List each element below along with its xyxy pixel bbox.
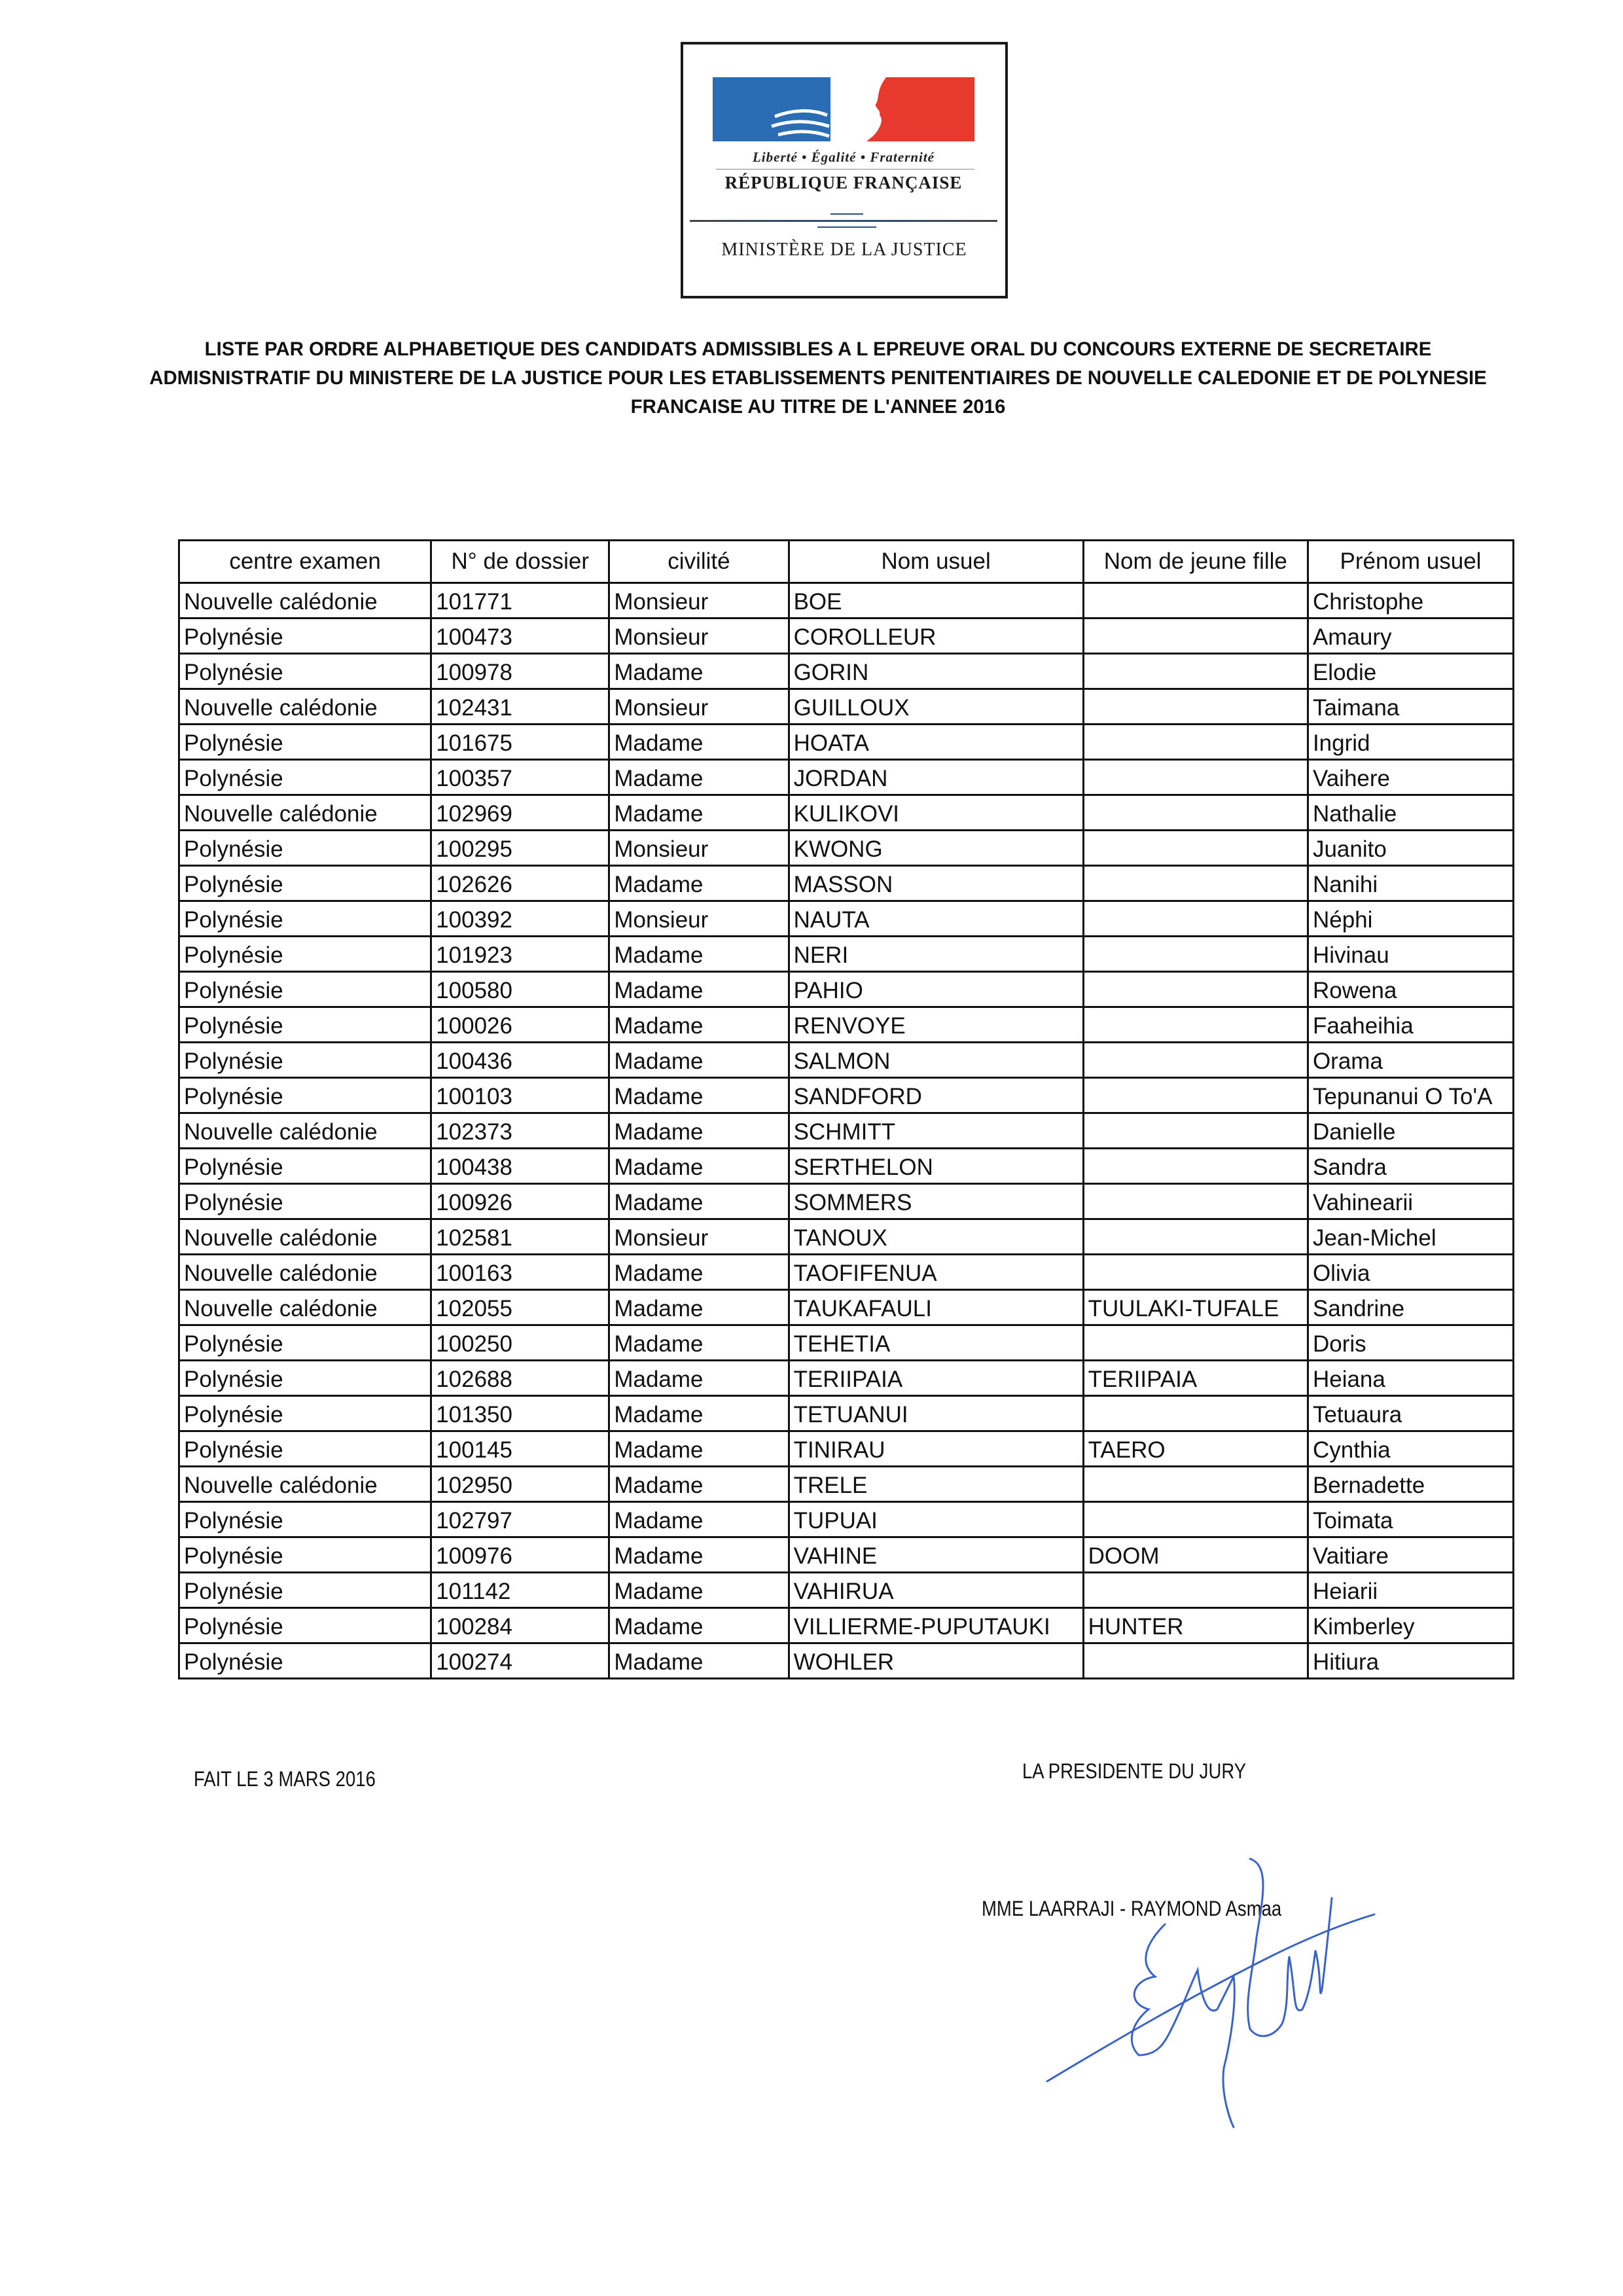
cell-centre-examen: Polynésie: [179, 1078, 431, 1113]
cell-nom-jeune-fille: [1083, 725, 1308, 760]
cell-dossier-number: 102797: [431, 1502, 609, 1537]
cell-dossier-number: 102055: [431, 1290, 609, 1325]
cell-civilite: Madame: [609, 1149, 789, 1184]
cell-prenom-usuel: Kimberley: [1308, 1608, 1513, 1643]
cell-civilite: Madame: [609, 1643, 789, 1679]
cell-centre-examen: Polynésie: [179, 1396, 431, 1431]
column-header-prenom: Prénom usuel: [1308, 541, 1513, 583]
table-row: Polynésie101923MadameNERIHivinau: [179, 937, 1514, 972]
cell-nom-usuel: SANDFORD: [789, 1078, 1083, 1113]
cell-centre-examen: Polynésie: [179, 831, 431, 866]
cell-dossier-number: 101923: [431, 937, 609, 972]
table-row: Nouvelle calédonie102581MonsieurTANOUXJe…: [179, 1219, 1514, 1255]
cell-centre-examen: Nouvelle calédonie: [179, 1290, 431, 1325]
cell-centre-examen: Polynésie: [179, 1608, 431, 1643]
cell-nom-usuel: TERIIPAIA: [789, 1361, 1083, 1396]
table-row: Polynésie100284MadameVILLIERME-PUPUTAUKI…: [179, 1608, 1514, 1643]
table-row: Nouvelle calédonie102969MadameKULIKOVINa…: [179, 795, 1514, 831]
cell-civilite: Madame: [609, 725, 789, 760]
ministry-name: MINISTÈRE DE LA JUSTICE: [683, 240, 1005, 260]
cell-civilite: Madame: [609, 972, 789, 1007]
cell-prenom-usuel: Sandra: [1308, 1149, 1513, 1184]
cell-civilite: Monsieur: [609, 901, 789, 937]
cell-nom-usuel: SOMMERS: [789, 1184, 1083, 1219]
cell-dossier-number: 100103: [431, 1078, 609, 1113]
cell-dossier-number: 101675: [431, 725, 609, 760]
cell-centre-examen: Polynésie: [179, 1043, 431, 1078]
table-row: Polynésie101350MadameTETUANUITetuaura: [179, 1396, 1514, 1431]
table-row: Polynésie100473MonsieurCOROLLEURAmaury: [179, 619, 1514, 654]
cell-dossier-number: 102950: [431, 1467, 609, 1502]
table-row: Nouvelle calédonie101771MonsieurBOEChris…: [179, 583, 1514, 619]
cell-dossier-number: 100163: [431, 1255, 609, 1290]
cell-dossier-number: 100357: [431, 760, 609, 795]
table-row: Polynésie100103MadameSANDFORDTepunanui O…: [179, 1078, 1514, 1113]
cell-nom-usuel: WOHLER: [789, 1643, 1083, 1679]
cell-nom-jeune-fille: [1083, 866, 1308, 901]
cell-nom-usuel: SALMON: [789, 1043, 1083, 1078]
cell-centre-examen: Nouvelle calédonie: [179, 795, 431, 831]
table-row: Polynésie102797MadameTUPUAIToimata: [179, 1502, 1514, 1537]
cell-nom-usuel: GORIN: [789, 654, 1083, 689]
cell-nom-jeune-fille: [1083, 654, 1308, 689]
cell-civilite: Madame: [609, 1113, 789, 1149]
table-row: Nouvelle calédonie102373MadameSCHMITTDan…: [179, 1113, 1514, 1149]
cell-nom-jeune-fille: [1083, 583, 1308, 619]
cell-nom-usuel: TAOFIFENUA: [789, 1255, 1083, 1290]
cell-centre-examen: Polynésie: [179, 1537, 431, 1573]
date-statement: FAIT LE 3 MARS 2016: [194, 1767, 376, 1791]
cell-nom-jeune-fille: [1083, 795, 1308, 831]
cell-centre-examen: Polynésie: [179, 1502, 431, 1537]
cell-prenom-usuel: Juanito: [1308, 831, 1513, 866]
republic-motto: Liberté • Égalité • Fraternité: [709, 149, 978, 166]
cell-nom-usuel: NERI: [789, 937, 1083, 972]
cell-nom-usuel: GUILLOUX: [789, 689, 1083, 725]
cell-dossier-number: 102969: [431, 795, 609, 831]
cell-nom-jeune-fille: [1083, 689, 1308, 725]
cell-nom-usuel: MASSON: [789, 866, 1083, 901]
cell-dossier-number: 100473: [431, 619, 609, 654]
candidates-table: centre examen N° de dossier civilité Nom…: [178, 539, 1514, 1679]
cell-centre-examen: Polynésie: [179, 1149, 431, 1184]
cell-centre-examen: Polynésie: [179, 901, 431, 937]
cell-civilite: Madame: [609, 1361, 789, 1396]
cell-nom-usuel: BOE: [789, 583, 1083, 619]
cell-dossier-number: 100274: [431, 1643, 609, 1679]
cell-dossier-number: 100295: [431, 831, 609, 866]
cell-nom-usuel: NAUTA: [789, 901, 1083, 937]
cell-nom-jeune-fille: [1083, 1573, 1308, 1608]
cell-prenom-usuel: Amaury: [1308, 619, 1513, 654]
cell-nom-usuel: KWONG: [789, 831, 1083, 866]
cell-nom-usuel: KULIKOVI: [789, 795, 1083, 831]
cell-nom-jeune-fille: TERIIPAIA: [1083, 1361, 1308, 1396]
cell-prenom-usuel: Tetuaura: [1308, 1396, 1513, 1431]
cell-centre-examen: Polynésie: [179, 619, 431, 654]
cell-nom-usuel: SCHMITT: [789, 1113, 1083, 1149]
cell-nom-jeune-fille: [1083, 831, 1308, 866]
cell-prenom-usuel: Danielle: [1308, 1113, 1513, 1149]
marianne-logo-icon: [713, 77, 974, 143]
table-row: Polynésie100250MadameTEHETIADoris: [179, 1325, 1514, 1361]
cell-centre-examen: Nouvelle calédonie: [179, 1255, 431, 1290]
cell-dossier-number: 100438: [431, 1149, 609, 1184]
cell-nom-usuel: VAHIRUA: [789, 1573, 1083, 1608]
table-row: Nouvelle calédonie102950MadameTRELEBerna…: [179, 1467, 1514, 1502]
cell-nom-jeune-fille: HUNTER: [1083, 1608, 1308, 1643]
cell-dossier-number: 102581: [431, 1219, 609, 1255]
cell-dossier-number: 100392: [431, 901, 609, 937]
cell-nom-jeune-fille: [1083, 1149, 1308, 1184]
cell-civilite: Madame: [609, 795, 789, 831]
cell-civilite: Madame: [609, 760, 789, 795]
cell-civilite: Madame: [609, 1255, 789, 1290]
cell-civilite: Madame: [609, 1396, 789, 1431]
cell-nom-jeune-fille: [1083, 619, 1308, 654]
jury-president-label: LA PRESIDENTE DU JURY: [1022, 1759, 1246, 1784]
table-row: Polynésie100436MadameSALMONOrama: [179, 1043, 1514, 1078]
cell-centre-examen: Polynésie: [179, 1184, 431, 1219]
cell-nom-jeune-fille: [1083, 1502, 1308, 1537]
cell-nom-jeune-fille: TAERO: [1083, 1431, 1308, 1467]
table-row: Polynésie100357MadameJORDANVaihere: [179, 760, 1514, 795]
cell-prenom-usuel: Vahinearii: [1308, 1184, 1513, 1219]
cell-dossier-number: 100145: [431, 1431, 609, 1467]
document-title: LISTE PAR ORDRE ALPHABETIQUE DES CANDIDA…: [145, 335, 1491, 422]
cell-prenom-usuel: Elodie: [1308, 654, 1513, 689]
table-row: Polynésie101142MadameVAHIRUAHeiarii: [179, 1573, 1514, 1608]
cell-prenom-usuel: Hitiura: [1308, 1643, 1513, 1679]
cell-nom-jeune-fille: [1083, 1007, 1308, 1043]
table-row: Polynésie100926MadameSOMMERSVahinearii: [179, 1184, 1514, 1219]
cell-centre-examen: Nouvelle calédonie: [179, 689, 431, 725]
cell-nom-usuel: VILLIERME-PUPUTAUKI: [789, 1608, 1083, 1643]
cell-centre-examen: Polynésie: [179, 972, 431, 1007]
cell-dossier-number: 102626: [431, 866, 609, 901]
cell-centre-examen: Nouvelle calédonie: [179, 1467, 431, 1502]
cell-prenom-usuel: Bernadette: [1308, 1467, 1513, 1502]
cell-prenom-usuel: Christophe: [1308, 583, 1513, 619]
cell-dossier-number: 100978: [431, 654, 609, 689]
cell-dossier-number: 100436: [431, 1043, 609, 1078]
cell-centre-examen: Nouvelle calédonie: [179, 583, 431, 619]
cell-civilite: Madame: [609, 1467, 789, 1502]
cell-centre-examen: Polynésie: [179, 1007, 431, 1043]
cell-nom-usuel: COROLLEUR: [789, 619, 1083, 654]
column-header-civilite: civilité: [609, 541, 789, 583]
cell-nom-jeune-fille: [1083, 1184, 1308, 1219]
cell-nom-jeune-fille: [1083, 1219, 1308, 1255]
cell-prenom-usuel: Cynthia: [1308, 1431, 1513, 1467]
cell-civilite: Madame: [609, 866, 789, 901]
table-row: Polynésie100392MonsieurNAUTANéphi: [179, 901, 1514, 937]
table-row: Polynésie100145MadameTINIRAUTAEROCynthia: [179, 1431, 1514, 1467]
cell-nom-usuel: TINIRAU: [789, 1431, 1083, 1467]
republic-name: RÉPUBLIQUE FRANÇAISE: [709, 173, 978, 193]
cell-centre-examen: Polynésie: [179, 1643, 431, 1679]
cell-nom-jeune-fille: [1083, 1643, 1308, 1679]
cell-dossier-number: 100580: [431, 972, 609, 1007]
table-row: Polynésie100274MadameWOHLERHitiura: [179, 1643, 1514, 1679]
cell-civilite: Madame: [609, 1431, 789, 1467]
table-row: Polynésie100026MadameRENVOYEFaaheihia: [179, 1007, 1514, 1043]
cell-prenom-usuel: Sandrine: [1308, 1290, 1513, 1325]
cell-nom-usuel: HOATA: [789, 725, 1083, 760]
cell-civilite: Madame: [609, 1078, 789, 1113]
cell-civilite: Madame: [609, 1608, 789, 1643]
cell-civilite: Monsieur: [609, 831, 789, 866]
cell-prenom-usuel: Olivia: [1308, 1255, 1513, 1290]
cell-prenom-usuel: Néphi: [1308, 901, 1513, 937]
cell-civilite: Madame: [609, 1502, 789, 1537]
cell-nom-jeune-fille: TUULAKI-TUFALE: [1083, 1290, 1308, 1325]
table-body: Nouvelle calédonie101771MonsieurBOEChris…: [179, 583, 1514, 1679]
cell-nom-jeune-fille: [1083, 1113, 1308, 1149]
logo-divider-accent: [817, 226, 876, 228]
cell-civilite: Madame: [609, 1325, 789, 1361]
column-header-dossier: N° de dossier: [431, 541, 609, 583]
cell-prenom-usuel: Rowena: [1308, 972, 1513, 1007]
cell-nom-jeune-fille: [1083, 1078, 1308, 1113]
cell-centre-examen: Polynésie: [179, 654, 431, 689]
cell-dossier-number: 100926: [431, 1184, 609, 1219]
cell-civilite: Monsieur: [609, 1219, 789, 1255]
cell-civilite: Madame: [609, 937, 789, 972]
table-header-row: centre examen N° de dossier civilité Nom…: [179, 541, 1514, 583]
cell-nom-usuel: TAUKAFAULI: [789, 1290, 1083, 1325]
motto-divider: [716, 169, 974, 170]
cell-nom-jeune-fille: [1083, 972, 1308, 1007]
cell-prenom-usuel: Vaitiare: [1308, 1537, 1513, 1573]
cell-centre-examen: Polynésie: [179, 866, 431, 901]
cell-dossier-number: 100250: [431, 1325, 609, 1361]
cell-civilite: Madame: [609, 654, 789, 689]
cell-prenom-usuel: Nanihi: [1308, 866, 1513, 901]
cell-civilite: Madame: [609, 1573, 789, 1608]
cell-centre-examen: Polynésie: [179, 1431, 431, 1467]
table-row: Polynésie100580MadamePAHIORowena: [179, 972, 1514, 1007]
column-header-centre: centre examen: [179, 541, 431, 583]
cell-civilite: Monsieur: [609, 619, 789, 654]
table-row: Polynésie100978MadameGORINElodie: [179, 654, 1514, 689]
table-row: Polynésie100438MadameSERTHELONSandra: [179, 1149, 1514, 1184]
column-header-nom-jeune-fille: Nom de jeune fille: [1083, 541, 1308, 583]
cell-centre-examen: Polynésie: [179, 1361, 431, 1396]
cell-dossier-number: 101142: [431, 1573, 609, 1608]
cell-nom-jeune-fille: [1083, 760, 1308, 795]
cell-nom-usuel: JORDAN: [789, 760, 1083, 795]
cell-civilite: Madame: [609, 1290, 789, 1325]
cell-dossier-number: 100284: [431, 1608, 609, 1643]
cell-centre-examen: Polynésie: [179, 937, 431, 972]
table-row: Polynésie102688MadameTERIIPAIATERIIPAIAH…: [179, 1361, 1514, 1396]
cell-nom-usuel: TEHETIA: [789, 1325, 1083, 1361]
cell-prenom-usuel: Jean-Michel: [1308, 1219, 1513, 1255]
cell-prenom-usuel: Orama: [1308, 1043, 1513, 1078]
cell-nom-jeune-fille: DOOM: [1083, 1537, 1308, 1573]
cell-prenom-usuel: Heiarii: [1308, 1573, 1513, 1608]
cell-centre-examen: Polynésie: [179, 1573, 431, 1608]
cell-centre-examen: Nouvelle calédonie: [179, 1113, 431, 1149]
cell-civilite: Monsieur: [609, 689, 789, 725]
cell-civilite: Madame: [609, 1184, 789, 1219]
cell-dossier-number: 102688: [431, 1361, 609, 1396]
table-row: Polynésie100295MonsieurKWONGJuanito: [179, 831, 1514, 866]
table-row: Nouvelle calédonie100163MadameTAOFIFENUA…: [179, 1255, 1514, 1290]
table-row: Nouvelle calédonie102055MadameTAUKAFAULI…: [179, 1290, 1514, 1325]
cell-nom-jeune-fille: [1083, 1043, 1308, 1078]
table-row: Nouvelle calédonie102431MonsieurGUILLOUX…: [179, 689, 1514, 725]
cell-prenom-usuel: Heiana: [1308, 1361, 1513, 1396]
cell-nom-jeune-fille: [1083, 1396, 1308, 1431]
cell-nom-usuel: RENVOYE: [789, 1007, 1083, 1043]
cell-centre-examen: Polynésie: [179, 760, 431, 795]
table-row: Polynésie102626MadameMASSONNanihi: [179, 866, 1514, 901]
cell-centre-examen: Polynésie: [179, 1325, 431, 1361]
cell-civilite: Madame: [609, 1537, 789, 1573]
table-row: Polynésie101675MadameHOATAIngrid: [179, 725, 1514, 760]
cell-prenom-usuel: Ingrid: [1308, 725, 1513, 760]
cell-prenom-usuel: Faaheihia: [1308, 1007, 1513, 1043]
cell-civilite: Madame: [609, 1007, 789, 1043]
cell-prenom-usuel: Nathalie: [1308, 795, 1513, 831]
cell-prenom-usuel: Tepunanui O To'A: [1308, 1078, 1513, 1113]
cell-nom-usuel: SERTHELON: [789, 1149, 1083, 1184]
cell-nom-jeune-fille: [1083, 937, 1308, 972]
table-row: Polynésie100976MadameVAHINEDOOMVaitiare: [179, 1537, 1514, 1573]
handwritten-signature-icon: [1034, 1846, 1427, 2134]
cell-dossier-number: 102431: [431, 689, 609, 725]
cell-nom-jeune-fille: [1083, 901, 1308, 937]
cell-centre-examen: Nouvelle calédonie: [179, 1219, 431, 1255]
cell-dossier-number: 100976: [431, 1537, 609, 1573]
cell-nom-usuel: TRELE: [789, 1467, 1083, 1502]
cell-dossier-number: 102373: [431, 1113, 609, 1149]
cell-dossier-number: 101771: [431, 583, 609, 619]
logo-divider-accent: [830, 213, 863, 215]
cell-nom-usuel: PAHIO: [789, 972, 1083, 1007]
cell-civilite: Monsieur: [609, 583, 789, 619]
cell-nom-jeune-fille: [1083, 1255, 1308, 1290]
column-header-nom-usuel: Nom usuel: [789, 541, 1083, 583]
cell-nom-usuel: VAHINE: [789, 1537, 1083, 1573]
cell-prenom-usuel: Taimana: [1308, 689, 1513, 725]
cell-nom-usuel: TETUANUI: [789, 1396, 1083, 1431]
cell-prenom-usuel: Vaihere: [1308, 760, 1513, 795]
cell-nom-usuel: TUPUAI: [789, 1502, 1083, 1537]
cell-civilite: Madame: [609, 1043, 789, 1078]
cell-nom-jeune-fille: [1083, 1467, 1308, 1502]
cell-prenom-usuel: Doris: [1308, 1325, 1513, 1361]
cell-nom-jeune-fille: [1083, 1325, 1308, 1361]
cell-prenom-usuel: Toimata: [1308, 1502, 1513, 1537]
cell-prenom-usuel: Hivinau: [1308, 937, 1513, 972]
cell-dossier-number: 101350: [431, 1396, 609, 1431]
cell-nom-usuel: TANOUX: [789, 1219, 1083, 1255]
logo-divider: [690, 220, 997, 222]
cell-centre-examen: Polynésie: [179, 725, 431, 760]
ministry-logo: Liberté • Égalité • Fraternité RÉPUBLIQU…: [681, 42, 1008, 298]
cell-dossier-number: 100026: [431, 1007, 609, 1043]
